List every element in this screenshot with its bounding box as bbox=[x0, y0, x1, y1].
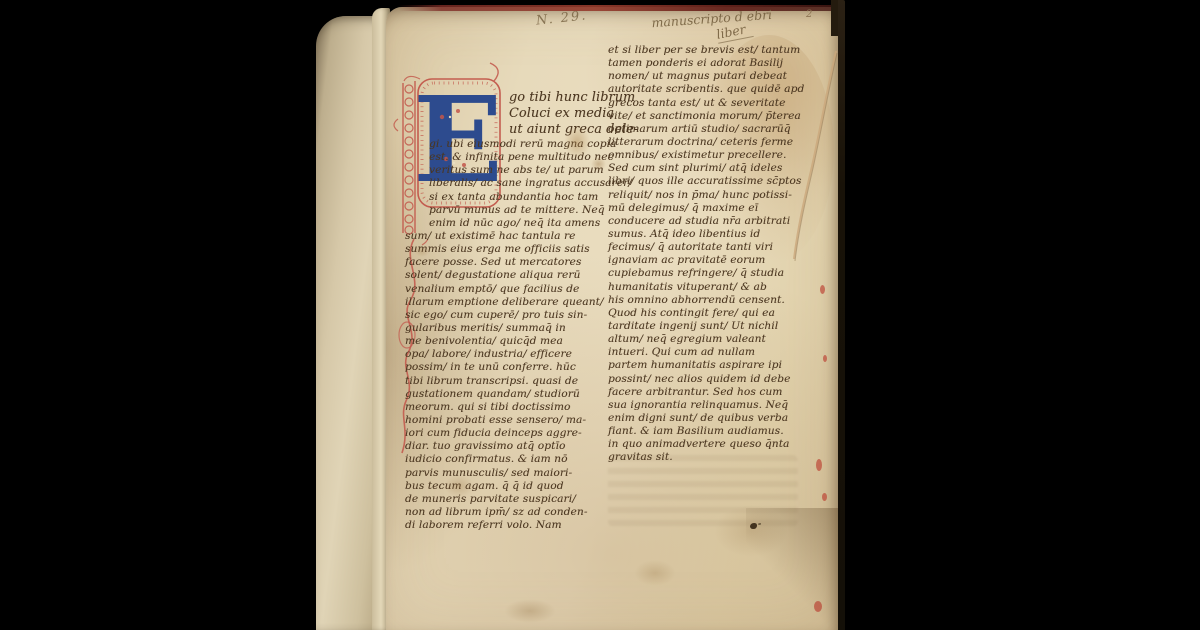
manuscript-text-line: Sed cum sint plurimi/ atq̄ ideles bbox=[608, 162, 814, 175]
manuscript-text-line: facere posse. Sed ut mercatores bbox=[405, 256, 607, 269]
manuscript-text-line: sumus. Atq̄ ideo libentius id bbox=[608, 228, 814, 241]
manuscript-text-line: grecos tanta est/ ut & severitate bbox=[608, 97, 814, 110]
manuscript-text-line: litterarum doctrina/ ceteris ferme bbox=[608, 136, 814, 149]
manuscript-text-line: venalium emptō/ que facilius de bbox=[405, 283, 607, 296]
manuscript-text-line: me benivolentia/ quicq̄d mea bbox=[405, 335, 607, 348]
stain-spot bbox=[504, 599, 556, 623]
manuscript-text-line: bus tecum agam. q̄ q̄ id quod bbox=[405, 480, 607, 493]
manuscript-text-line: intueri. Qui cum ad nullam bbox=[608, 346, 814, 359]
red-edge-speck bbox=[816, 459, 822, 471]
manuscript-text-line: reliquit/ nos in p̄ma/ hunc potissi- bbox=[608, 189, 814, 202]
manuscript-text-line: parvū munus ad te mittere. Neq̄ bbox=[429, 204, 607, 217]
manuscript-text-line: tamen ponderis ei adorat Basilij bbox=[608, 57, 814, 70]
manuscript-text-line: liberalis/ ac sane ingratus accusarer/ bbox=[429, 177, 607, 190]
stain-spot bbox=[634, 560, 676, 586]
manuscript-book: N. 29. manuscripto d ebri liber 2 bbox=[302, 0, 845, 630]
manuscript-text-line: humanitatis vituperant/ & ab bbox=[608, 281, 814, 294]
manuscript-text-line: his omnino abhorrendū censent. bbox=[608, 294, 814, 307]
manuscript-text-line: possim/ in te unū conferre. hūc bbox=[405, 361, 607, 374]
manuscript-text-line: facere arbitrantur. Sed hos cum bbox=[608, 386, 814, 399]
manuscript-text-line: possint/ nec alios quidem id debe bbox=[608, 373, 814, 386]
manuscript-text-line: conducere ad studia nr̄a arbitrati bbox=[608, 215, 814, 228]
manuscript-text-line: sic ego/ cum cuperē/ pro tuis sin- bbox=[405, 309, 607, 322]
manuscript-text-line: sum/ ut existimē hac tantula re bbox=[405, 230, 607, 243]
manuscript-text-line: gustationem quandam/ studiorū bbox=[405, 388, 607, 401]
manuscript-text-line: go tibi hunc librum bbox=[509, 90, 607, 106]
manuscript-text-line: libri/ quos ille accuratissime sc̄ptos bbox=[608, 175, 814, 188]
manuscript-text-line: gularibus meritis/ summaq̄ in bbox=[405, 322, 607, 335]
manuscript-text-line: fiant. & iam Basilium audiamus. bbox=[608, 425, 814, 438]
manuscript-text-line: vite/ et sanctimonia morum/ p̄terea bbox=[608, 110, 814, 123]
red-edge-speck bbox=[822, 493, 827, 501]
manuscript-text-line: optimarum artiū studio/ sacrarūq̄ bbox=[608, 123, 814, 136]
manuscript-text-line: altum/ neq̄ egregium valeant bbox=[608, 333, 814, 346]
manuscript-text-line: ignaviam ac pravitatē eorum bbox=[608, 254, 814, 267]
manuscript-text-line: enim digni sunt/ de quibus verba bbox=[608, 412, 814, 425]
manuscript-text-line: tarditate ingenij sunt/ Ut nichil bbox=[608, 320, 814, 333]
manuscript-text-line: fecimus/ q̄ autoritate tanti viri bbox=[608, 241, 814, 254]
manuscript-text-line: di laborem referri volo. Nam bbox=[405, 519, 607, 532]
manuscript-text-line: in quo animadvertere queso q̄nta bbox=[608, 438, 814, 451]
shelfmark-annotation: N. 29. bbox=[535, 8, 588, 28]
page-corner-shadow bbox=[746, 508, 838, 630]
stain-spot bbox=[564, 125, 590, 159]
manuscript-text-line: Coluci ex media bbox=[509, 106, 607, 122]
manuscript-text-line: meorum. qui si tibi doctissimo bbox=[405, 401, 607, 414]
manuscript-text-line: partem humanitatis aspirare ipi bbox=[608, 359, 814, 372]
manuscript-text-line: sua ignorantia relinquamus. Neq̄ bbox=[608, 399, 814, 412]
manuscript-text-line: ut aiunt greca dele- bbox=[509, 122, 607, 138]
book-fore-edge bbox=[838, 0, 845, 630]
manuscript-text-line: mū delegimus/ q̄ maxime eī bbox=[608, 202, 814, 215]
manuscript-text-line: de muneris parvitate suspicari/ bbox=[405, 493, 607, 506]
manuscript-text-line: diar. tuo gravissimo atq̄ optīo bbox=[405, 440, 607, 453]
red-edge-speck bbox=[820, 285, 825, 294]
manuscript-text-line: et si liber per se brevis est/ tantum bbox=[608, 44, 814, 57]
red-edge-speck bbox=[823, 355, 827, 362]
manuscript-text-line: cupiebamus refringere/ q̄ studia bbox=[608, 267, 814, 280]
manuscript-page: N. 29. manuscripto d ebri liber 2 bbox=[386, 7, 838, 630]
manuscript-text-line: si ex tanta abundantia hoc tam bbox=[429, 191, 607, 204]
manuscript-text-line: veritus sum ne abs te/ ut parum bbox=[429, 164, 607, 177]
manuscript-text-line: opa/ labore/ industria/ efficere bbox=[405, 348, 607, 361]
text-column-right: et si liber per se brevis est/ tantumtam… bbox=[608, 44, 814, 465]
manuscript-text-line: enim id nūc ago/ neq̄ ita amens bbox=[429, 217, 607, 230]
photo-background: N. 29. manuscripto d ebri liber 2 bbox=[0, 0, 1200, 630]
manuscript-text-line: illarum emptione deliberare queant/ bbox=[405, 296, 607, 309]
manuscript-text-line: parvis munusculis/ sed maiori- bbox=[405, 467, 607, 480]
manuscript-text-line: nomen/ ut magnus putari debeat bbox=[608, 70, 814, 83]
manuscript-text-line: homini probati esse sensero/ ma- bbox=[405, 414, 607, 427]
stain-spot bbox=[591, 157, 606, 171]
manuscript-text-line: iudicio confirmatus. & iam nō bbox=[405, 453, 607, 466]
manuscript-text-line: tibi librum transcripsi. quasi de bbox=[405, 375, 607, 388]
stain-spot bbox=[414, 245, 430, 257]
manuscript-text-line: omnibus/ existimetur precellere. bbox=[608, 149, 814, 162]
manuscript-text-line: non ad librum ipm̄/ sz ad conden- bbox=[405, 506, 607, 519]
manuscript-text-line: iori cum fiducia deinceps aggre- bbox=[405, 427, 607, 440]
manuscript-text-line: autoritate scribentis. que quidē apd bbox=[608, 83, 814, 96]
manuscript-text-line: solent/ degustatione aliqua rerū bbox=[405, 269, 607, 282]
manuscript-text-line: summis eius erga me officiis satis bbox=[405, 243, 607, 256]
stain-spot bbox=[444, 475, 474, 497]
folio-number: 2 bbox=[806, 9, 812, 20]
manuscript-text-line: Quod his contingit fere/ qui ea bbox=[608, 307, 814, 320]
